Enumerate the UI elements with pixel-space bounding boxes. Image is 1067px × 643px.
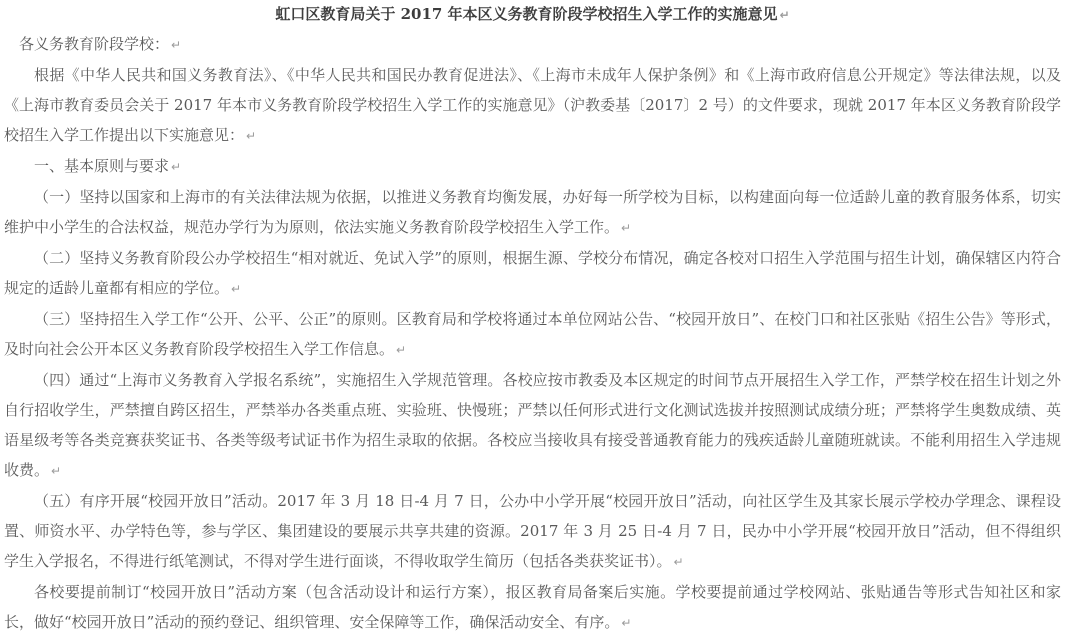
paragraph-open-day-plan: 各校要提前制订“校园开放日”活动方案（包含活动设计和运行方案），报区教育局备案后… [4, 577, 1061, 638]
paragraph-mark-icon: ↵ [171, 38, 181, 52]
section-heading-principles: 一、基本原则与要求↵ [4, 151, 1061, 182]
paragraph-text: （五）有序开展“校园开放日”活动。2017 年 3 月 18 日-4 月 7 日… [4, 492, 1061, 570]
section-heading-text: 一、基本原则与要求 [34, 157, 169, 175]
document-title-text: 虹口区教育局关于 2017 年本区义务教育阶段学校招生入学工作的实施意见 [275, 5, 777, 23]
paragraph-item-5: （五）有序开展“校园开放日”活动。2017 年 3 月 18 日-4 月 7 日… [4, 486, 1061, 577]
paragraph-mark-icon: ↵ [231, 282, 241, 296]
paragraph-text: 根据《中华人民共和国义务教育法》、《中华人民共和国民办教育促进法》、《上海市未成… [4, 66, 1061, 144]
paragraph-item-1: （一）坚持以国家和上海市的有关法律法规为依据，以推进义务教育均衡发展，办好每一所… [4, 182, 1061, 243]
paragraph-mark-icon: ↵ [51, 464, 61, 478]
paragraph-item-2: （二）坚持义务教育阶段公办学校招生“相对就近、免试入学”的原则，根据生源、学校分… [4, 243, 1061, 304]
paragraph-item-3: （三）坚持招生入学工作“公开、公平、公正”的原则。区教育局和学校将通过本单位网站… [4, 304, 1061, 365]
paragraph-mark-icon: ↵ [246, 129, 256, 143]
paragraph-basis: 根据《中华人民共和国义务教育法》、《中华人民共和国民办教育促进法》、《上海市未成… [4, 60, 1061, 151]
paragraph-text: （二）坚持义务教育阶段公办学校招生“相对就近、免试入学”的原则，根据生源、学校分… [4, 249, 1061, 297]
salutation-text: 各义务教育阶段学校： [19, 35, 169, 53]
paragraph-text: 各校要提前制订“校园开放日”活动方案（包含活动设计和运行方案），报区教育局备案后… [4, 583, 1061, 631]
paragraph-text: （三）坚持招生入学工作“公开、公平、公正”的原则。区教育局和学校将通过本单位网站… [4, 310, 1061, 358]
paragraph-mark-icon: ↵ [171, 160, 181, 174]
paragraph-mark-icon: ↵ [396, 343, 406, 357]
document-title: 虹口区教育局关于 2017 年本区义务教育阶段学校招生入学工作的实施意见↵ [4, 1, 1061, 28]
paragraph-mark-icon: ↵ [621, 221, 631, 235]
paragraph-text: （一）坚持以国家和上海市的有关法律法规为依据，以推进义务教育均衡发展，办好每一所… [4, 188, 1061, 236]
paragraph-mark-icon: ↵ [780, 8, 790, 22]
paragraph-text: （四）通过“上海市义务教育入学报名系统”，实施招生入学规范管理。各校应按市教委及… [4, 371, 1061, 479]
salutation: 各义务教育阶段学校：↵ [4, 29, 1061, 60]
document-page: 虹口区教育局关于 2017 年本区义务教育阶段学校招生入学工作的实施意见↵ 各义… [0, 0, 1067, 643]
paragraph-mark-icon: ↵ [674, 555, 684, 569]
paragraph-item-4: （四）通过“上海市义务教育入学报名系统”，实施招生入学规范管理。各校应按市教委及… [4, 365, 1061, 486]
paragraph-mark-icon: ↵ [621, 616, 631, 630]
